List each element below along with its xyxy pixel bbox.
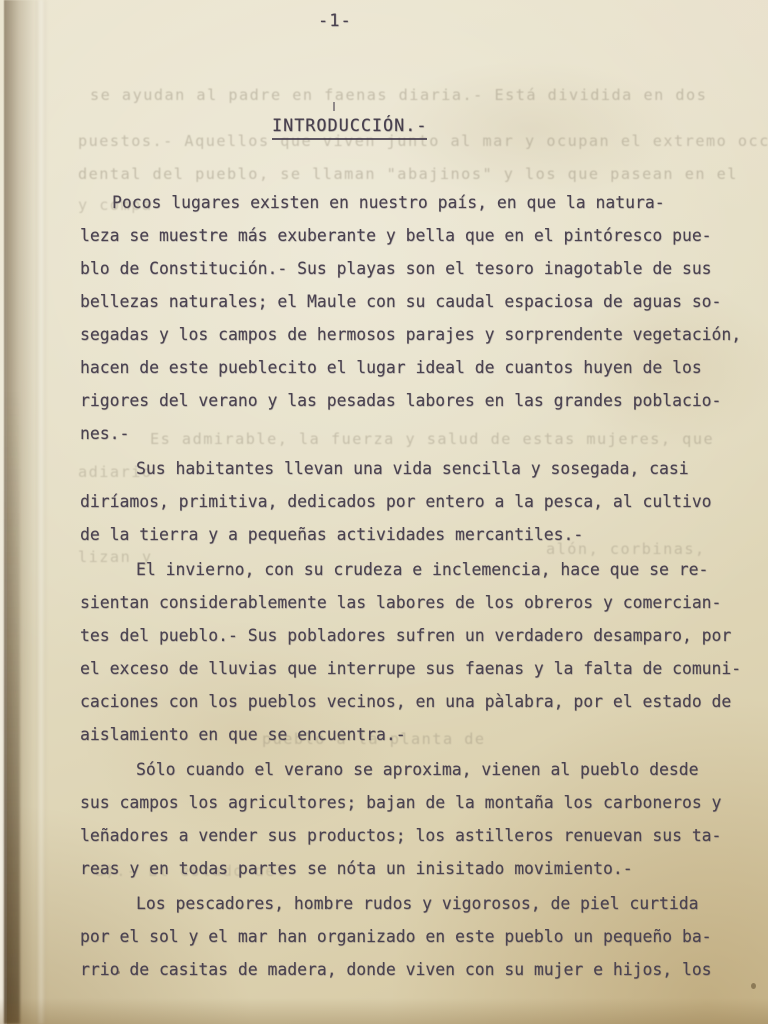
text-line: aislamiento en que se encuentra.- [80,718,752,751]
text-line: El invierno, con su crudeza e inclemenci… [80,553,752,586]
typewritten-body: Pocos lugares existen en nuestro país, e… [80,186,752,988]
scanned-document-page: se ayudan al padre en faenas diaria.- Es… [0,0,768,1024]
text-line: diríamos, primitiva, dedicados por enter… [80,485,752,518]
text-line: caciones con los pueblos vecinos, en una… [80,685,752,718]
paragraph: Pocos lugares existen en nuestro país, e… [80,186,752,450]
text-line: rrio de casitas de madera, donde viven c… [80,953,752,986]
section-title: INTRODUCCIÓN.- [272,115,427,140]
text-line: bellezas naturales; el Maule con su caud… [80,285,752,318]
page-bottom-shadow [0,998,768,1024]
text-line: sientan considerablemente las labores de… [80,586,752,619]
text-line: Sus habitantes llevan una vida sencilla … [80,452,752,485]
text-line: rigores del verano y las pesadas labores… [80,384,752,417]
text-line: blo de Constitución.- Sus playas son el … [80,252,752,285]
text-line: segadas y los campos de hermosos parajes… [80,318,752,351]
paragraph: Sus habitantes llevan una vida sencilla … [80,452,752,551]
text-line: reas y en todas partes se nóta un inisit… [80,852,752,885]
bleed-through-line: se ayudan al padre en faenas diaria.- Es… [90,86,707,104]
text-line: hacen de este pueblecito el lugar ideal … [80,351,752,384]
paragraph: Los pescadores, hombre rudos y vigorosos… [80,887,752,986]
text-line: nes.- [80,417,752,450]
paragraph: El invierno, con su crudeza e inclemenci… [80,553,752,751]
page-left-fold-shadow [4,0,38,1024]
text-line: tes del pueblo.- Sus pobladores sufren u… [80,619,752,652]
text-line: Los pescadores, hombre rudos y vigorosos… [80,887,752,920]
text-line: de la tierra y a pequeñas actividades me… [80,518,752,551]
bleed-through-line: dental del pueblo, se llaman "abajinos" … [78,165,738,183]
page-number: -1- [318,11,352,31]
text-line: Sólo cuando el verano se aproxima, viene… [80,753,752,786]
text-line: leza se muestre más exuberante y bella q… [80,219,752,252]
text-line: el exceso de lluvias que interrupe sus f… [80,652,752,685]
paragraph: Sólo cuando el verano se aproxima, viene… [80,753,752,885]
text-line: Pocos lugares existen en nuestro país, e… [80,186,752,219]
text-line: leñadores a vender sus productos; los as… [80,819,752,852]
text-line: sus campos los agricultores; bajan de la… [80,786,752,819]
text-line: por el sol y el mar han organizado en es… [80,920,752,953]
